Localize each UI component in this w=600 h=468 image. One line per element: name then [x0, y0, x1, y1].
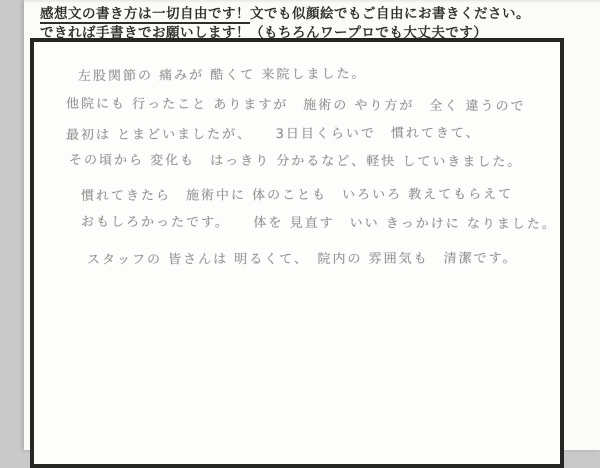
instruction-line-1: 感想文の書き方は一切自由です！文でも似顔絵でもご自由にお書きください。 — [40, 5, 530, 24]
handwritten-line: その頃から 変化も はっきり 分かるなど、軽快 していきました。 — [69, 149, 522, 170]
instruction-line-1-underlined: 感想文の書き方は一切自由です！ — [40, 6, 250, 24]
scanned-feedback-sheet: 感想文の書き方は一切自由です！文でも似顔絵でもご自由にお書きください。 できれば… — [24, 0, 600, 450]
handwritten-line: 他院にも 行ったこと ありますが 施術の やり方が 全く 違うので — [66, 93, 526, 115]
instruction-line-1-rest: 文でも似顔絵でもご自由にお書きください。 — [250, 6, 530, 22]
handwritten-line: 左股関節の 痛みが 酷くて 来院しました。 — [78, 63, 367, 85]
handwritten-line: 慣れてきたら 施術中に 体のことも いろいろ 教えてもらえて — [81, 183, 513, 204]
handwritten-line: スタッフの 皆さんは 明るくて、 院内の 雰囲気も 清潔です。 — [87, 247, 518, 268]
handwritten-feedback-box: 左股関節の 痛みが 酷くて 来院しました。 他院にも 行ったこと ありますが 施… — [30, 38, 564, 450]
handwritten-line: 最初は とまどいましたが、 3日目くらいで 慣れてきて、 — [66, 122, 481, 143]
handwritten-line: おもしろかったです。 体を 見直す いい きっかけに なりました。 — [81, 211, 557, 232]
